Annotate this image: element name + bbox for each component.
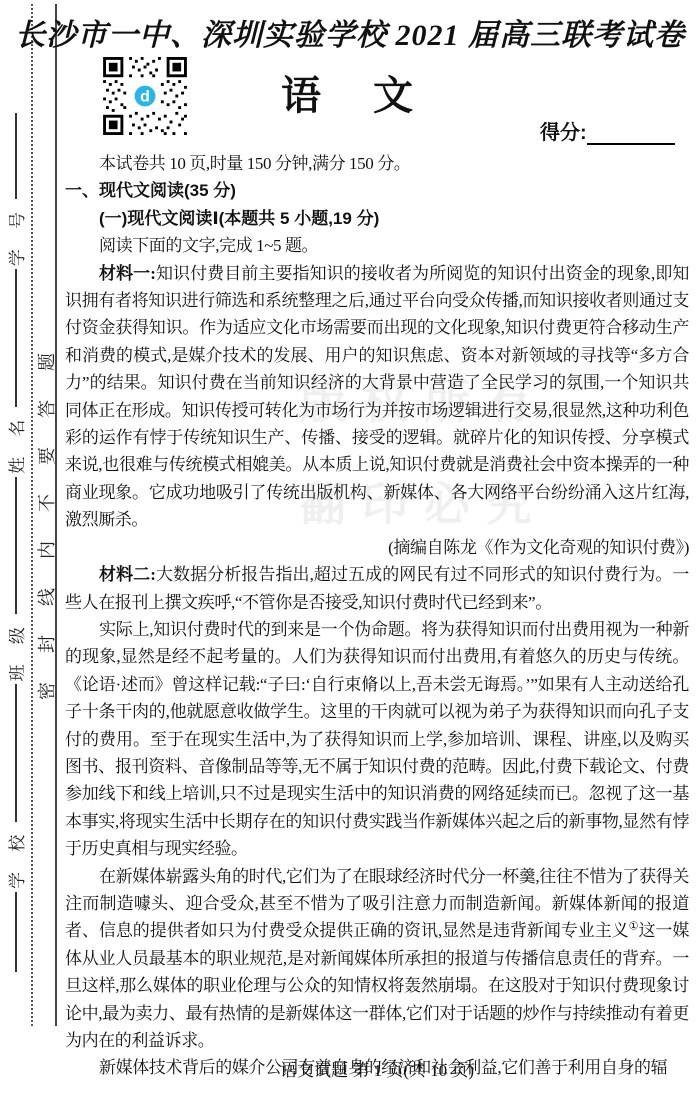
class-blank-line bbox=[15, 477, 17, 614]
exam-intro-line: 本试卷共 10 页,时量 150 分钟,满分 150 分。 bbox=[65, 150, 689, 177]
score-field: 得分: bbox=[540, 116, 675, 145]
material-2-text: 大数据分析报告指出,超过五成的网民有过不同形式的知识付费行为。一些人在报刊上撰文… bbox=[65, 565, 689, 611]
student-info-fields: 学 校 班 级 姓 名 学 号 bbox=[3, 110, 28, 975]
field-label-student-number: 学 号 bbox=[3, 202, 28, 266]
student-number-blank-line bbox=[15, 113, 17, 199]
field-blank-line bbox=[15, 892, 17, 972]
field-label-name: 姓 名 bbox=[3, 410, 28, 474]
section-1-subheading: (一)现代文阅读Ⅰ(本题共 5 小题,19 分) bbox=[65, 205, 689, 232]
page-footer: 语文试题 第 1 页(共 10 页) bbox=[65, 1056, 689, 1081]
name-blank-line bbox=[15, 269, 17, 406]
footnote-1-marker: ① bbox=[629, 921, 639, 933]
material-1-label: 材料一: bbox=[99, 264, 155, 283]
seal-line-notice: 密封线内不要答题 bbox=[33, 300, 59, 700]
subject-title: 语 文 bbox=[0, 64, 700, 121]
material-1-paragraph: 材料一:知识付费目前主要指知识的接收者为所阅览的知识付出资金的现象,即知识拥有者… bbox=[65, 260, 689, 534]
material-2-label: 材料二: bbox=[99, 565, 155, 584]
material-1-source: (摘编自陈龙《作为文化奇观的知识付费》) bbox=[65, 534, 689, 561]
reading-instruction: 阅读下面的文字,完成 1~5 题。 bbox=[65, 232, 689, 259]
material-1-text: 知识付费目前主要指知识的接收者为所阅览的知识付出资金的现象,即知识拥有者将知识进… bbox=[65, 264, 689, 530]
paragraph-3-text-b: 这一媒体从业人员最基本的职业规范,是对新闻媒体所承担的报道与传播信息责任的背弃。… bbox=[65, 921, 689, 1050]
material-2-paragraph-3: 在新媒体崭露头角的时代,它们为了在眼球经济时代分一杯羹,往往不惜为了获得关注而制… bbox=[65, 863, 689, 1055]
field-label-school: 学 校 bbox=[3, 825, 28, 889]
exam-body: 本试卷共 10 页,时量 150 分钟,满分 150 分。 一、现代文阅读(35… bbox=[65, 150, 689, 1082]
material-2-paragraph-2: 实际上,知识付费时代的到来是一个伪命题。将为获得知识而付出费用视为一种新的现象,… bbox=[65, 616, 689, 863]
score-blank-line bbox=[587, 125, 675, 145]
paragraph-3-text-a: 在新媒体崭露头角的时代,它们为了在眼球经济时代分一杯羹,往往不惜为了获得关注而制… bbox=[65, 867, 689, 941]
field-label-class: 班 级 bbox=[3, 617, 28, 681]
section-1-heading: 一、现代文阅读(35 分) bbox=[65, 177, 689, 204]
school-blank-line bbox=[15, 684, 17, 821]
score-label: 得分: bbox=[540, 122, 587, 144]
exam-title: 长沙市一中、深圳实验学校 2021 届高三联考试卷 bbox=[0, 10, 700, 54]
material-2-paragraph: 材料二:大数据分析报告指出,超过五成的网民有过不同形式的知识付费行为。一些人在报… bbox=[65, 561, 689, 616]
